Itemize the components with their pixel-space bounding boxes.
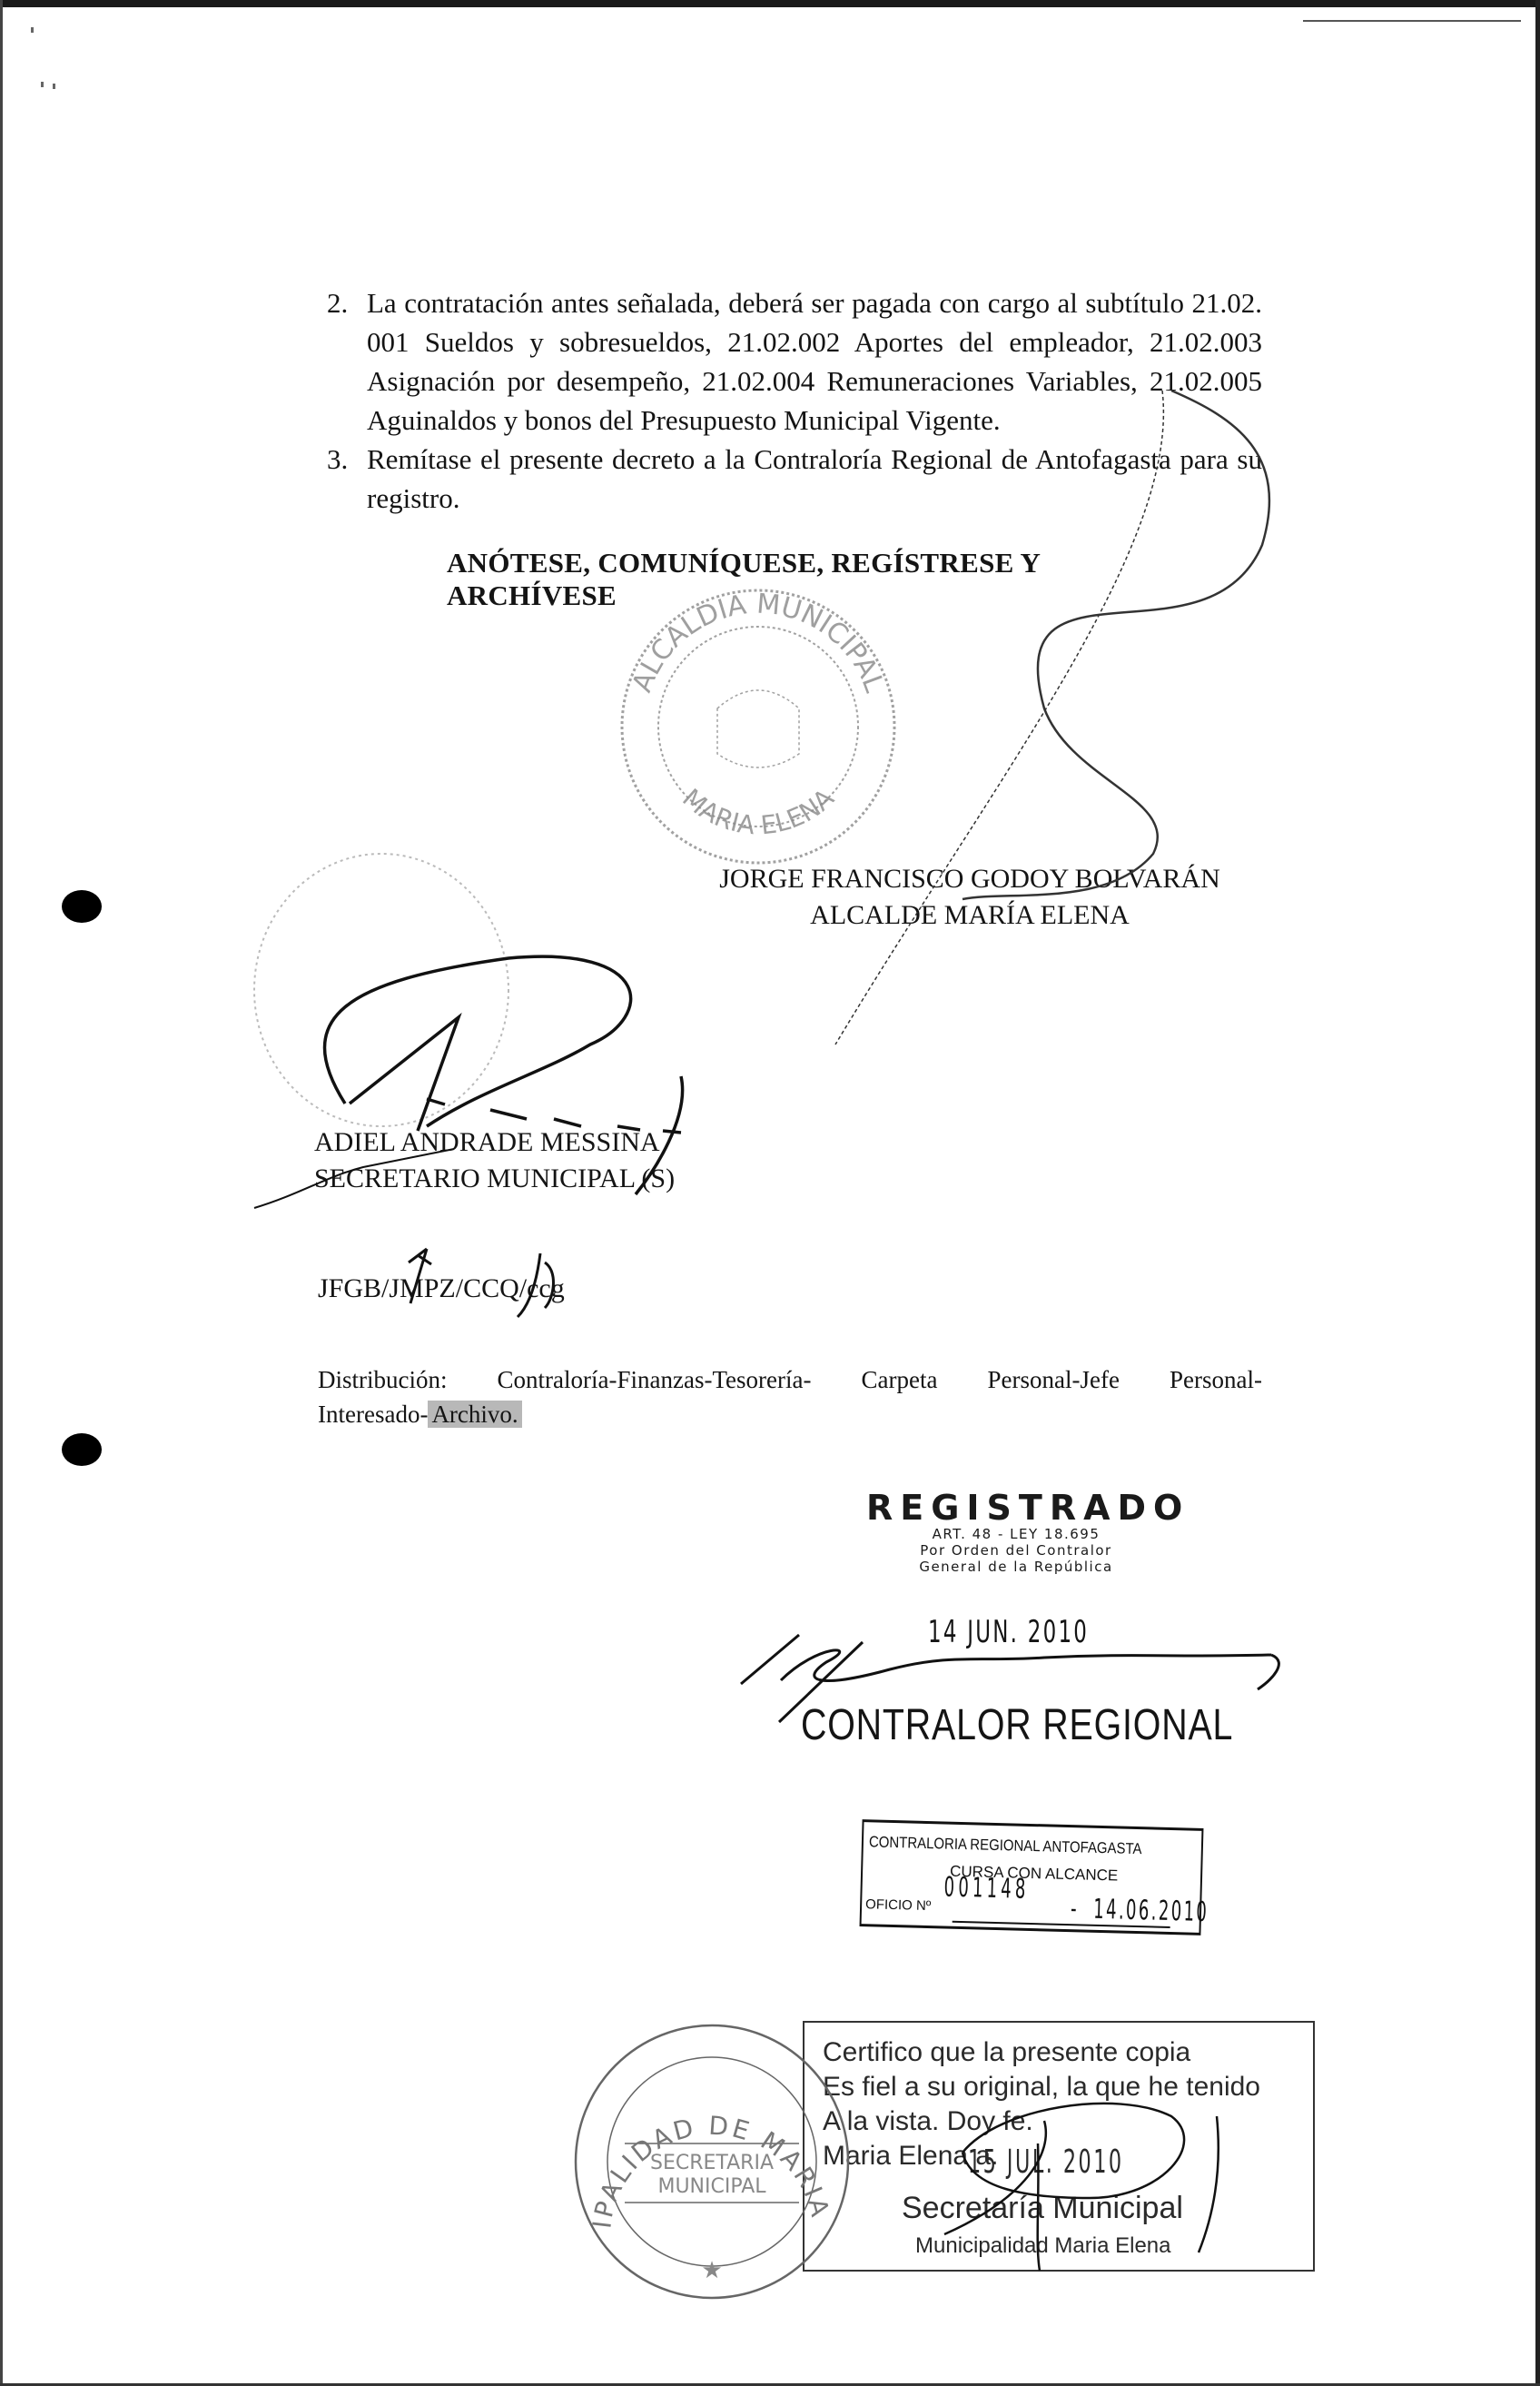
oficio-stamp: CONTRALORIA REGIONAL ANTOFAGASTA CURSA C… [860,1819,1204,1936]
oficio-date: - 14.06.2010 [1071,1893,1209,1928]
contralor-date-stamp: 14 JUN. 2010 [928,1614,1089,1650]
secretary-name: ADIEL ANDRADE MESSINA [314,1124,675,1161]
registrado-stamp: REGISTRADO ART. 48 - LEY 18.695 Por Orde… [866,1490,1166,1575]
contralor-title-stamp: CONTRALOR REGIONAL [801,1700,1233,1750]
svg-text:MARIA ELENA: MARIA ELENA [676,783,839,840]
item-number: 3. [327,440,348,479]
mayor-signature-block: JORGE FRANCISCO GODOY BOLVARÁN ALCALDE M… [706,861,1233,934]
punch-hole-icon [62,1433,102,1466]
distribution-part: Interesado- [318,1401,428,1428]
cert-municipality: Municipalidad Maria Elena [915,2233,1170,2259]
cert-line-1: Certifico que la presente copia [823,2037,1190,2068]
item-text: La contratación antes señalada, deberá s… [367,287,1262,436]
mayor-seal-icon [622,590,894,863]
decree-item-2: 2. La contratación antes señalada, deber… [327,283,1262,440]
reference-initials: JFGB/JMPZ/CCQ/ccg [318,1273,565,1304]
cert-office: Secretaría Municipal [902,2191,1183,2226]
oficio-date-value: 14.06.2010 [1093,1894,1209,1928]
registrado-law: ART. 48 - LEY 18.695 [866,1526,1166,1542]
mayor-name: JORGE FRANCISCO GODOY BOLVARÁN [706,861,1233,897]
secretary-title: SECRETARIO MUNICIPAL (S) [314,1161,675,1197]
secretary-seal-faint-icon [254,854,508,1126]
scan-top-edge [0,0,1540,7]
scan-speck [41,82,44,87]
punch-hole-icon [62,890,102,923]
oficio-title: CONTRALORIA REGIONAL ANTOFAGASTA [869,1833,1142,1858]
scan-speck [31,27,34,33]
distribution-part: Personal- [1170,1362,1262,1397]
secretaria-seal-center-2: MUNICIPAL [657,2175,766,2198]
mayor-seal-bottom-text: MARIA ELENA [676,783,839,840]
scan-left-edge [0,0,3,2386]
scan-top-rule [1303,20,1521,22]
oficio-separator: - [1071,1893,1080,1925]
registrado-title: REGISTRADO [866,1490,1166,1526]
seal-star-icon: ★ [701,2257,722,2284]
certified-copy-stamp: Certifico que la presente copia Es fiel … [803,2021,1315,2272]
cert-line-3: A la vista. Doy fe. [823,2106,1033,2137]
distribution-part: Personal-Jefe [988,1362,1120,1397]
closing-formula: ANÓTESE, COMUNÍQUESE, REGÍSTRESE Y ARCHÍ… [447,547,1191,612]
mayor-title: ALCALDE MARÍA ELENA [706,897,1233,934]
decree-body: 2. La contratación antes señalada, deber… [327,283,1262,518]
cert-date: 15 JUL. 2010 [968,2143,1124,2181]
decree-item-3: 3. Remítase el presente decreto a la Con… [327,440,1262,518]
distribution-highlighted-archivo: Archivo. [428,1401,521,1428]
distribution-part: Contraloría-Finanzas-Tesorería- [498,1362,812,1397]
secretary-signature-block: ADIEL ANDRADE MESSINA SECRETARIO MUNICIP… [314,1124,675,1197]
secretaria-seal-center-1: SECRETARIA [650,2152,774,2174]
oficio-number: 001148 [943,1871,1030,1905]
registrado-order: Por Orden del Contralor [866,1542,1166,1559]
item-number: 2. [327,283,348,322]
scan-right-edge [1535,0,1540,2386]
distribution-label: Distribución: [318,1362,448,1397]
oficio-label: OFICIO Nº [865,1896,932,1914]
scan-speck [53,84,55,89]
registrado-general: General de la República [866,1559,1166,1575]
distribution-list: Distribución: Contraloría-Finanzas-Tesor… [318,1362,1262,1431]
cert-line-2: Es fiel a su original, la que he tenido [823,2072,1260,2103]
item-text: Remítase el presente decreto a la Contra… [367,443,1262,514]
distribution-part: Carpeta [862,1362,938,1397]
